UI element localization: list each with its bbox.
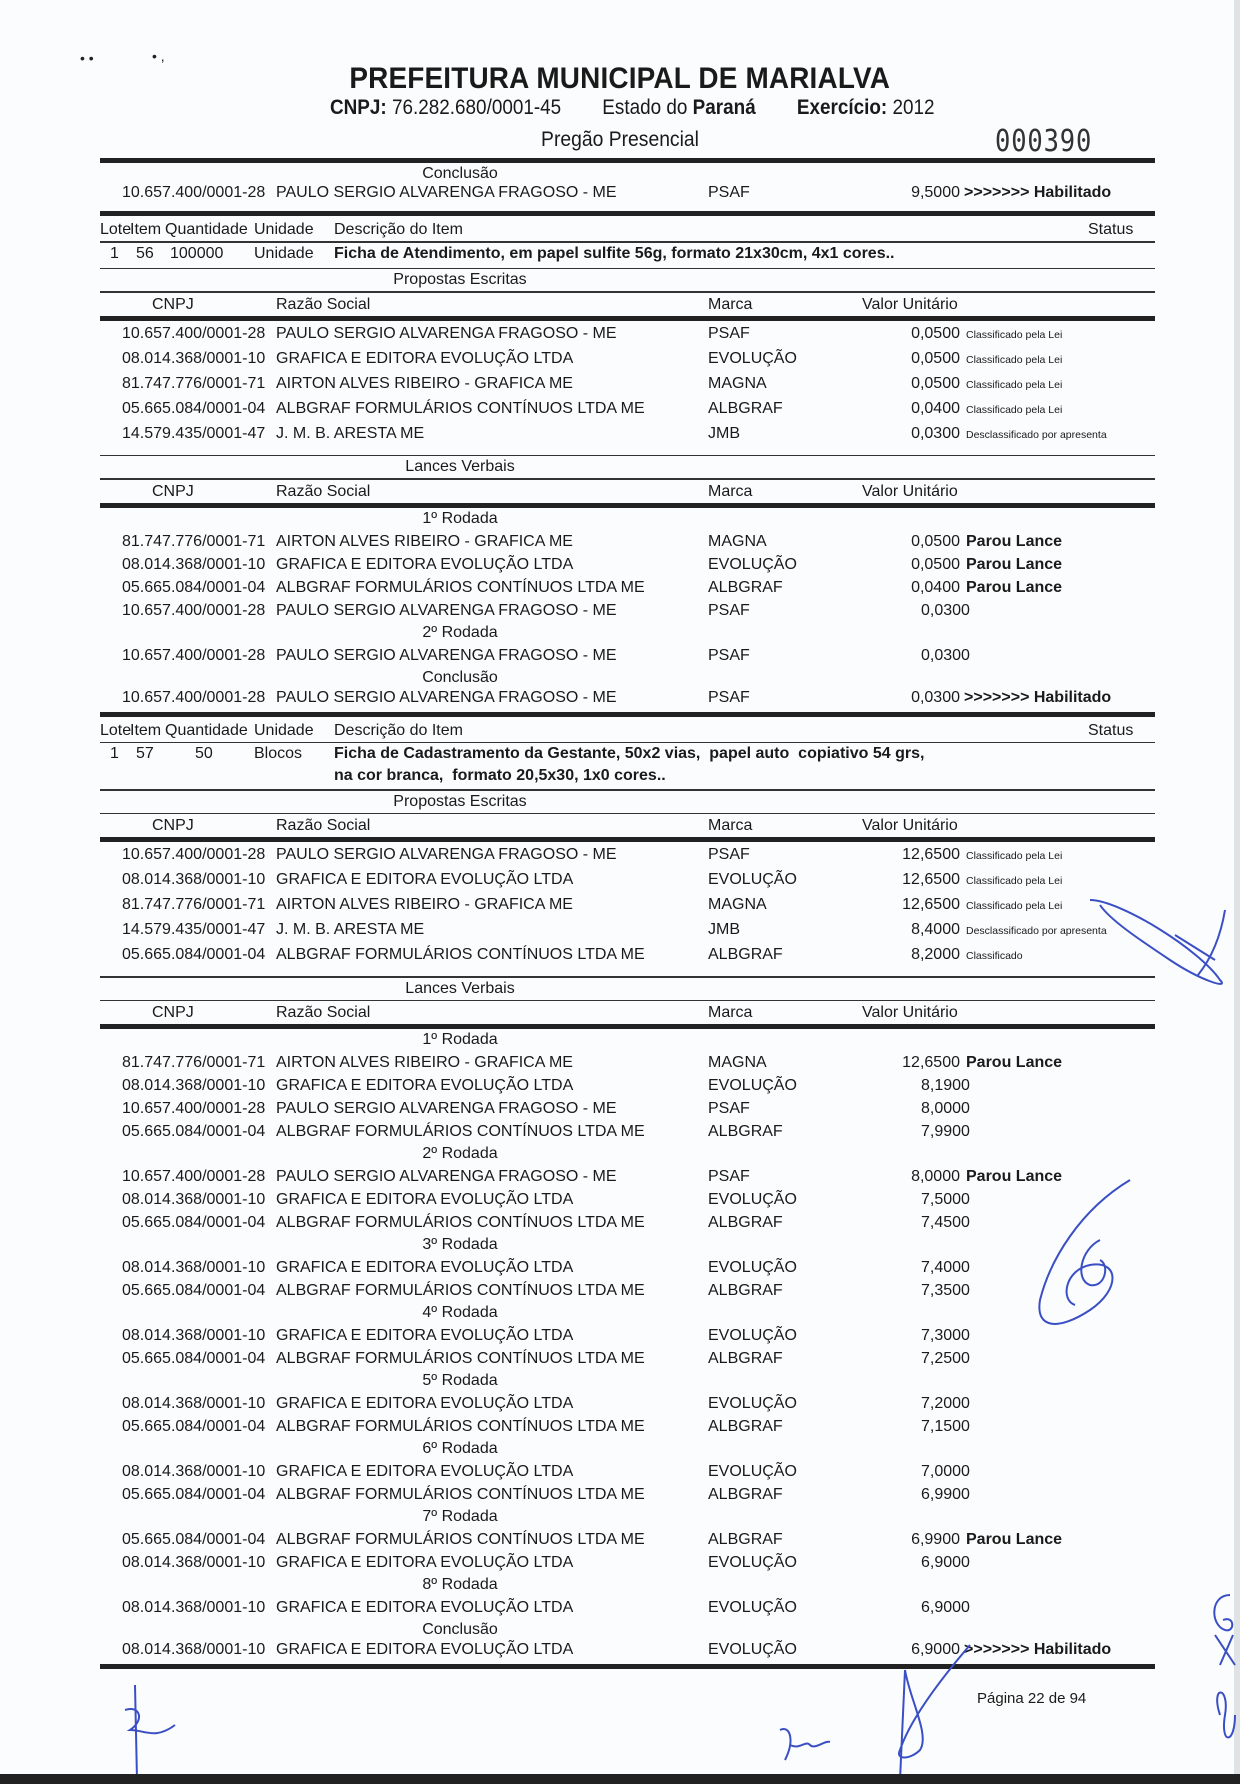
cnpj-cell: 81.747.776/0001-71: [122, 896, 265, 914]
razao-social-cell: GRAFICA E EDITORA EVOLUÇÃO LTDA: [276, 1327, 573, 1345]
item-unidade: Unidade: [254, 245, 314, 263]
lance-row: 05.665.084/0001-04ALBGRAF FORMULÁRIOS CO…: [100, 1120, 1155, 1143]
razao-social-cell: PAULO SERGIO ALVARENGA FRAGOSO - ME: [276, 184, 617, 202]
razao-social-cell: ALBGRAF FORMULÁRIOS CONTÍNUOS LTDA ME: [276, 1486, 645, 1504]
proposta-row: 08.014.368/0001-10GRAFICA E EDITORA EVOL…: [100, 347, 1155, 372]
marca-cell: ALBGRAF: [708, 1350, 783, 1368]
cnpj-label: CNPJ:: [330, 96, 387, 119]
lance-row: 05.665.084/0001-04ALBGRAF FORMULÁRIOS CO…: [100, 1347, 1155, 1370]
propostas-escritas-heading-label: Propostas Escritas: [100, 793, 820, 811]
cnpj-cell: 10.657.400/0001-28: [122, 1168, 265, 1186]
col-valor-header: Valor Unitário: [862, 483, 958, 501]
col-valor-header: Valor Unitário: [862, 1004, 958, 1022]
item-col-descricao: Descrição do Item: [334, 221, 463, 239]
razao-social-cell: ALBGRAF FORMULÁRIOS CONTÍNUOS LTDA ME: [276, 1531, 645, 1549]
col-marca-header: Marca: [708, 483, 752, 501]
document-body: Conclusão10.657.400/0001-28PAULO SERGIO …: [100, 158, 1155, 1671]
item-description: Ficha de Atendimento, em papel sulfite 5…: [334, 243, 894, 265]
cnpj-cell: 81.747.776/0001-71: [122, 533, 265, 551]
exercicio-label: Exercício:: [797, 96, 887, 119]
marca-cell: EVOLUÇÃO: [708, 1259, 797, 1277]
valor-cell: 8,0000: [860, 1168, 960, 1186]
rodada-heading: 1º Rodada: [100, 1029, 1155, 1051]
lance-row: 10.657.400/0001-28PAULO SERGIO ALVARENGA…: [100, 599, 1155, 622]
rodada-heading: 5º Rodada: [100, 1370, 1155, 1392]
rodada-heading: 7º Rodada: [100, 1506, 1155, 1528]
proposta-row: 08.014.368/0001-10GRAFICA E EDITORA EVOL…: [100, 868, 1155, 893]
valor-cell: 0,0400: [860, 579, 960, 597]
razao-social-cell: ALBGRAF FORMULÁRIOS CONTÍNUOS LTDA ME: [276, 400, 645, 418]
status-cell: Classificado pela Lei: [966, 850, 1062, 862]
marca-cell: EVOLUÇÃO: [708, 1327, 797, 1345]
marca-cell: PSAF: [708, 602, 750, 620]
thick-divider: [100, 837, 1155, 842]
lance-row: 08.014.368/0001-10GRAFICA E EDITORA EVOL…: [100, 1392, 1155, 1415]
lance-row: 81.747.776/0001-71AIRTON ALVES RIBEIRO -…: [100, 1051, 1155, 1074]
razao-social-cell: GRAFICA E EDITORA EVOLUÇÃO LTDA: [276, 1191, 573, 1209]
marca-cell: MAGNA: [708, 896, 767, 914]
razao-social-cell: PAULO SERGIO ALVARENGA FRAGOSO - ME: [276, 325, 617, 343]
lance-row: 08.014.368/0001-10GRAFICA E EDITORA EVOL…: [100, 553, 1155, 576]
lance-row: 05.665.084/0001-04ALBGRAF FORMULÁRIOS CO…: [100, 1483, 1155, 1506]
status-cell: Classificado pela Lei: [966, 900, 1062, 912]
col-razao-header: Razão Social: [276, 483, 370, 501]
item-col-status: Status: [1088, 722, 1133, 740]
proposta-row: 14.579.435/0001-47J. M. B. ARESTA MEJMB8…: [100, 918, 1155, 943]
lances-verbais-heading-label: Lances Verbais: [100, 980, 820, 998]
rodada-heading-label: 2º Rodada: [100, 1145, 820, 1163]
razao-social-cell: AIRTON ALVES RIBEIRO - GRAFICA ME: [276, 533, 573, 551]
marca-cell: EVOLUÇÃO: [708, 1463, 797, 1481]
valor-cell: 7,1500: [921, 1418, 970, 1436]
item-col-quantidade: Quantidade: [165, 221, 248, 239]
item-quantidade: 50: [195, 745, 213, 763]
razao-social-cell: ALBGRAF FORMULÁRIOS CONTÍNUOS LTDA ME: [276, 1350, 645, 1368]
razao-social-cell: J. M. B. ARESTA ME: [276, 425, 424, 443]
razao-social-cell: PAULO SERGIO ALVARENGA FRAGOSO - ME: [276, 846, 617, 864]
proposta-row: 81.747.776/0001-71AIRTON ALVES RIBEIRO -…: [100, 372, 1155, 397]
razao-social-cell: ALBGRAF FORMULÁRIOS CONTÍNUOS LTDA ME: [276, 1418, 645, 1436]
status-cell: Parou Lance: [966, 533, 1062, 551]
cnpj-cell: 08.014.368/0001-10: [122, 350, 265, 368]
valor-cell: 6,9900: [921, 1486, 970, 1504]
marca-cell: EVOLUÇÃO: [708, 1599, 797, 1617]
marca-cell: MAGNA: [708, 375, 767, 393]
cnpj-cell: 14.579.435/0001-47: [122, 921, 265, 939]
lance-row: 08.014.368/0001-10GRAFICA E EDITORA EVOL…: [100, 1256, 1155, 1279]
propostas-escritas-heading-label: Propostas Escritas: [100, 271, 820, 289]
item-quantidade: 100000: [170, 245, 223, 263]
status-cell: >>>>>>> Habilitado: [964, 689, 1111, 707]
rodada-heading-label: 4º Rodada: [100, 1304, 820, 1322]
valor-cell: 0,0500: [860, 350, 960, 368]
valor-cell: 0,0300: [860, 425, 960, 443]
item-col-item: Item: [130, 722, 161, 740]
razao-social-cell: AIRTON ALVES RIBEIRO - GRAFICA ME: [276, 896, 573, 914]
cnpj-cell: 81.747.776/0001-71: [122, 1054, 265, 1072]
marca-cell: PSAF: [708, 647, 750, 665]
status-cell: Classificado pela Lei: [966, 379, 1062, 391]
status-cell: >>>>>>> Habilitado: [964, 184, 1111, 202]
item-column-header: LoteItemQuantidadeUnidadeDescrição do It…: [100, 218, 1155, 241]
item-column-header: LoteItemQuantidadeUnidadeDescrição do It…: [100, 719, 1155, 742]
razao-social-cell: AIRTON ALVES RIBEIRO - GRAFICA ME: [276, 375, 573, 393]
cnpj-cell: 10.657.400/0001-28: [122, 184, 265, 202]
col-marca-header: Marca: [708, 296, 752, 314]
rodada-heading-label: 8º Rodada: [100, 1576, 820, 1594]
status-cell: Parou Lance: [966, 1054, 1062, 1072]
razao-social-cell: PAULO SERGIO ALVARENGA FRAGOSO - ME: [276, 689, 617, 707]
col-cnpj-header: CNPJ: [152, 817, 194, 835]
valor-cell: 9,5000: [860, 184, 960, 202]
lance-row: 08.014.368/0001-10GRAFICA E EDITORA EVOL…: [100, 1188, 1155, 1211]
status-cell: Classificado pela Lei: [966, 354, 1062, 366]
marca-cell: PSAF: [708, 1168, 750, 1186]
conclusao-heading: Conclusão: [100, 1619, 1155, 1638]
razao-social-cell: GRAFICA E EDITORA EVOLUÇÃO LTDA: [276, 350, 573, 368]
valor-cell: 0,0500: [860, 375, 960, 393]
cnpj-cell: 05.665.084/0001-04: [122, 1531, 265, 1549]
razao-social-cell: GRAFICA E EDITORA EVOLUÇÃO LTDA: [276, 1554, 573, 1572]
rodada-heading-label: 5º Rodada: [100, 1372, 820, 1390]
lance-row: 08.014.368/0001-10GRAFICA E EDITORA EVOL…: [100, 1460, 1155, 1483]
thick-divider: [100, 712, 1155, 717]
valor-cell: 8,0000: [921, 1100, 970, 1118]
valor-cell: 6,9000: [921, 1554, 970, 1572]
razao-social-cell: GRAFICA E EDITORA EVOLUÇÃO LTDA: [276, 1395, 573, 1413]
lances-verbais-heading: Lances Verbais: [100, 456, 1155, 478]
razao-social-cell: GRAFICA E EDITORA EVOLUÇÃO LTDA: [276, 1077, 573, 1095]
item-col-item: Item: [130, 221, 161, 239]
item-unidade: Blocos: [254, 745, 302, 763]
valor-cell: 6,9900: [860, 1531, 960, 1549]
item-item: 57: [136, 745, 154, 763]
rodada-heading-label: 1º Rodada: [100, 1031, 820, 1049]
valor-cell: 0,0500: [860, 556, 960, 574]
header-subline: CNPJ: 76.282.680/0001-45 Estado do Paran…: [330, 96, 935, 120]
status-cell: Parou Lance: [966, 556, 1062, 574]
valor-cell: 12,6500: [860, 896, 960, 914]
cnpj-cell: 05.665.084/0001-04: [122, 1282, 265, 1300]
item-description: Ficha de Cadastramento da Gestante, 50x2…: [334, 743, 924, 787]
razao-social-cell: GRAFICA E EDITORA EVOLUÇÃO LTDA: [276, 871, 573, 889]
razao-social-cell: ALBGRAF FORMULÁRIOS CONTÍNUOS LTDA ME: [276, 1282, 645, 1300]
status-cell: >>>>>>> Habilitado: [964, 1641, 1111, 1659]
col-marca-header: Marca: [708, 1004, 752, 1022]
status-cell: Parou Lance: [966, 1168, 1062, 1186]
valor-cell: 7,2000: [921, 1395, 970, 1413]
valor-cell: 7,4500: [921, 1214, 970, 1232]
razao-social-cell: PAULO SERGIO ALVARENGA FRAGOSO - ME: [276, 1168, 617, 1186]
marca-cell: ALBGRAF: [708, 579, 783, 597]
conclusao-heading-label: Conclusão: [100, 1621, 820, 1639]
valor-cell: 7,2500: [921, 1350, 970, 1368]
lance-row: 08.014.368/0001-10GRAFICA E EDITORA EVOL…: [100, 1551, 1155, 1574]
item-description-line-1: Ficha de Atendimento, em papel sulfite 5…: [334, 243, 894, 265]
col-valor-header: Valor Unitário: [862, 296, 958, 314]
lance-row: 05.665.084/0001-04ALBGRAF FORMULÁRIOS CO…: [100, 576, 1155, 599]
razao-social-cell: GRAFICA E EDITORA EVOLUÇÃO LTDA: [276, 556, 573, 574]
cnpj-cell: 05.665.084/0001-04: [122, 579, 265, 597]
exercicio-value: 2012: [892, 96, 934, 119]
valor-cell: 8,1900: [921, 1077, 970, 1095]
razao-social-cell: GRAFICA E EDITORA EVOLUÇÃO LTDA: [276, 1463, 573, 1481]
cnpj-cell: 10.657.400/0001-28: [122, 647, 265, 665]
razao-social-cell: ALBGRAF FORMULÁRIOS CONTÍNUOS LTDA ME: [276, 946, 645, 964]
item-col-unidade: Unidade: [254, 722, 314, 740]
razao-social-cell: GRAFICA E EDITORA EVOLUÇÃO LTDA: [276, 1641, 573, 1659]
valor-cell: 6,9000: [921, 1599, 970, 1617]
marca-cell: JMB: [708, 921, 740, 939]
propostas-escritas-heading: Propostas Escritas: [100, 269, 1155, 291]
razao-social-cell: ALBGRAF FORMULÁRIOS CONTÍNUOS LTDA ME: [276, 1214, 645, 1232]
item-row: 15750BlocosFicha de Cadastramento da Ges…: [100, 743, 1155, 787]
razao-social-cell: ALBGRAF FORMULÁRIOS CONTÍNUOS LTDA ME: [276, 579, 645, 597]
lance-row: 05.665.084/0001-04ALBGRAF FORMULÁRIOS CO…: [100, 1528, 1155, 1551]
valor-cell: 12,6500: [860, 871, 960, 889]
marca-cell: MAGNA: [708, 1054, 767, 1072]
marca-cell: PSAF: [708, 689, 750, 707]
valor-cell: 0,0500: [860, 325, 960, 343]
col-valor-header: Valor Unitário: [862, 817, 958, 835]
column-header-row: CNPJRazão SocialMarcaValor Unitário: [100, 293, 1155, 316]
cnpj-cell: 05.665.084/0001-04: [122, 400, 265, 418]
lance-row: 05.665.084/0001-04ALBGRAF FORMULÁRIOS CO…: [100, 1211, 1155, 1234]
item-description-line-2: na cor branca, formato 20,5x30, 1x0 core…: [334, 765, 924, 787]
cnpj-cell: 10.657.400/0001-28: [122, 602, 265, 620]
marca-cell: PSAF: [708, 184, 750, 202]
valor-cell: 0,0300: [860, 689, 960, 707]
item-item: 56: [136, 245, 154, 263]
conclusao-row: 08.014.368/0001-10GRAFICA E EDITORA EVOL…: [100, 1638, 1155, 1662]
status-cell: Classificado pela Lei: [966, 329, 1062, 341]
razao-social-cell: PAULO SERGIO ALVARENGA FRAGOSO - ME: [276, 602, 617, 620]
marca-cell: ALBGRAF: [708, 1418, 783, 1436]
col-cnpj-header: CNPJ: [152, 1004, 194, 1022]
col-razao-header: Razão Social: [276, 817, 370, 835]
status-cell: Classificado: [966, 950, 1023, 962]
marca-cell: ALBGRAF: [708, 1531, 783, 1549]
valor-cell: 7,5000: [921, 1191, 970, 1209]
column-header-row: CNPJRazão SocialMarcaValor Unitário: [100, 814, 1155, 837]
cnpj-cell: 10.657.400/0001-28: [122, 846, 265, 864]
lance-row: 08.014.368/0001-10GRAFICA E EDITORA EVOL…: [100, 1324, 1155, 1347]
cnpj-cell: 14.579.435/0001-47: [122, 425, 265, 443]
cnpj-cell: 05.665.084/0001-04: [122, 1123, 265, 1141]
status-cell: Desclassificado por apresenta: [966, 925, 1107, 937]
page-stamp-number: 000390: [995, 124, 1092, 159]
valor-cell: 12,6500: [860, 846, 960, 864]
conclusao-row: 10.657.400/0001-28PAULO SERGIO ALVARENGA…: [100, 181, 1155, 207]
item-row: 156100000UnidadeFicha de Atendimento, em…: [100, 243, 1155, 266]
razao-social-cell: J. M. B. ARESTA ME: [276, 921, 424, 939]
cnpj-cell: 05.665.084/0001-04: [122, 1418, 265, 1436]
marca-cell: JMB: [708, 425, 740, 443]
lance-row: 10.657.400/0001-28PAULO SERGIO ALVARENGA…: [100, 1097, 1155, 1120]
column-header-row: CNPJRazão SocialMarcaValor Unitário: [100, 1001, 1155, 1024]
marca-cell: ALBGRAF: [708, 400, 783, 418]
valor-cell: 0,0300: [921, 647, 970, 665]
col-razao-header: Razão Social: [276, 1004, 370, 1022]
cnpj-cell: 10.657.400/0001-28: [122, 689, 265, 707]
status-cell: Classificado pela Lei: [966, 875, 1062, 887]
marca-cell: PSAF: [708, 325, 750, 343]
lance-row: 81.747.776/0001-71AIRTON ALVES RIBEIRO -…: [100, 530, 1155, 553]
signature-mark-bottom-left: [115, 1680, 185, 1780]
lance-row: 08.014.368/0001-10GRAFICA E EDITORA EVOL…: [100, 1074, 1155, 1097]
cnpj-cell: 08.014.368/0001-10: [122, 556, 265, 574]
cnpj-cell: 10.657.400/0001-28: [122, 325, 265, 343]
cnpj-cell: 08.014.368/0001-10: [122, 1327, 265, 1345]
status-cell: Parou Lance: [966, 579, 1062, 597]
cnpj-cell: 81.747.776/0001-71: [122, 375, 265, 393]
column-header-row: CNPJRazão SocialMarcaValor Unitário: [100, 480, 1155, 503]
valor-cell: 7,0000: [921, 1463, 970, 1481]
cnpj-cell: 08.014.368/0001-10: [122, 1395, 265, 1413]
lances-verbais-heading: Lances Verbais: [100, 978, 1155, 1000]
valor-cell: 6,9000: [860, 1641, 960, 1659]
thick-divider: [100, 211, 1155, 216]
cnpj-cell: 08.014.368/0001-10: [122, 1463, 265, 1481]
conclusao-heading-label: Conclusão: [100, 669, 820, 687]
cnpj-value: 76.282.680/0001-45: [392, 96, 561, 119]
valor-cell: 0,0400: [860, 400, 960, 418]
proposta-row: 10.657.400/0001-28PAULO SERGIO ALVARENGA…: [100, 843, 1155, 868]
estado-value: Paraná: [693, 96, 756, 119]
rodada-heading-label: 3º Rodada: [100, 1236, 820, 1254]
cnpj-cell: 08.014.368/0001-10: [122, 1077, 265, 1095]
cnpj-cell: 08.014.368/0001-10: [122, 1599, 265, 1617]
page-title: PREFEITURA MUNICIPAL DE MARIALVA: [350, 62, 891, 96]
lance-row: 08.014.368/0001-10GRAFICA E EDITORA EVOL…: [100, 1596, 1155, 1619]
marca-cell: MAGNA: [708, 533, 767, 551]
conclusao-heading: Conclusão: [100, 163, 1155, 181]
proposta-row: 81.747.776/0001-71AIRTON ALVES RIBEIRO -…: [100, 893, 1155, 918]
col-cnpj-header: CNPJ: [152, 296, 194, 314]
marca-cell: ALBGRAF: [708, 1486, 783, 1504]
valor-cell: 8,4000: [860, 921, 960, 939]
cnpj-cell: 05.665.084/0001-04: [122, 1486, 265, 1504]
col-cnpj-header: CNPJ: [152, 483, 194, 501]
col-razao-header: Razão Social: [276, 296, 370, 314]
rodada-heading-label: 6º Rodada: [100, 1440, 820, 1458]
initials-mark-bottom: [770, 1720, 840, 1770]
rodada-heading-label: 1º Rodada: [100, 510, 820, 528]
valor-cell: 7,4000: [921, 1259, 970, 1277]
razao-social-cell: AIRTON ALVES RIBEIRO - GRAFICA ME: [276, 1054, 573, 1072]
lance-row: 05.665.084/0001-04ALBGRAF FORMULÁRIOS CO…: [100, 1279, 1155, 1302]
lance-row: 05.665.084/0001-04ALBGRAF FORMULÁRIOS CO…: [100, 1415, 1155, 1438]
marca-cell: EVOLUÇÃO: [708, 1554, 797, 1572]
item-col-unidade: Unidade: [254, 221, 314, 239]
valor-cell: 0,0300: [921, 602, 970, 620]
lances-verbais-heading-label: Lances Verbais: [100, 458, 820, 476]
rodada-heading-label: 2º Rodada: [100, 624, 820, 642]
item-col-quantidade: Quantidade: [165, 722, 248, 740]
rodada-heading-label: 7º Rodada: [100, 1508, 820, 1526]
razao-social-cell: GRAFICA E EDITORA EVOLUÇÃO LTDA: [276, 1259, 573, 1277]
rodada-heading: 2º Rodada: [100, 1143, 1155, 1165]
lance-row: 10.657.400/0001-28PAULO SERGIO ALVARENGA…: [100, 1165, 1155, 1188]
thick-divider: [100, 316, 1155, 321]
conclusao-heading: Conclusão: [100, 667, 1155, 686]
marca-cell: ALBGRAF: [708, 946, 783, 964]
rodada-heading: 4º Rodada: [100, 1302, 1155, 1324]
marca-cell: EVOLUÇÃO: [708, 350, 797, 368]
cnpj-cell: 05.665.084/0001-04: [122, 1350, 265, 1368]
status-cell: Desclassificado por apresenta: [966, 429, 1107, 441]
marca-cell: ALBGRAF: [708, 1282, 783, 1300]
rodada-heading: 8º Rodada: [100, 1574, 1155, 1596]
marca-cell: EVOLUÇÃO: [708, 1641, 797, 1659]
valor-cell: 12,6500: [860, 1054, 960, 1072]
marca-cell: ALBGRAF: [708, 1123, 783, 1141]
cnpj-cell: 10.657.400/0001-28: [122, 1100, 265, 1118]
marca-cell: EVOLUÇÃO: [708, 1191, 797, 1209]
marca-cell: PSAF: [708, 846, 750, 864]
proposta-row: 05.665.084/0001-04ALBGRAF FORMULÁRIOS CO…: [100, 943, 1155, 968]
rodada-heading: 6º Rodada: [100, 1438, 1155, 1460]
item-lote: 1: [110, 245, 119, 263]
valor-cell: 8,2000: [860, 946, 960, 964]
razao-social-cell: PAULO SERGIO ALVARENGA FRAGOSO - ME: [276, 1100, 617, 1118]
proposta-row: 10.657.400/0001-28PAULO SERGIO ALVARENGA…: [100, 322, 1155, 347]
cnpj-cell: 05.665.084/0001-04: [122, 946, 265, 964]
cnpj-cell: 08.014.368/0001-10: [122, 1259, 265, 1277]
marca-cell: ALBGRAF: [708, 1214, 783, 1232]
conclusao-row: 10.657.400/0001-28PAULO SERGIO ALVARENGA…: [100, 686, 1155, 710]
rodada-heading: 1º Rodada: [100, 508, 1155, 530]
item-description-line-1: Ficha de Cadastramento da Gestante, 50x2…: [334, 743, 924, 765]
marca-cell: EVOLUÇÃO: [708, 871, 797, 889]
item-lote: 1: [110, 745, 119, 763]
rodada-heading: 2º Rodada: [100, 622, 1155, 644]
razao-social-cell: ALBGRAF FORMULÁRIOS CONTÍNUOS LTDA ME: [276, 1123, 645, 1141]
status-cell: Classificado pela Lei: [966, 404, 1062, 416]
item-col-lote: Lote: [100, 722, 131, 740]
razao-social-cell: PAULO SERGIO ALVARENGA FRAGOSO - ME: [276, 647, 617, 665]
page-number: Página 22 de 94: [977, 1690, 1086, 1707]
valor-cell: 7,9900: [921, 1123, 970, 1141]
cnpj-cell: 08.014.368/0001-10: [122, 1191, 265, 1209]
scan-edge: [1234, 0, 1240, 1784]
estado-prefix: Estado do: [602, 96, 687, 119]
lance-row: 10.657.400/0001-28PAULO SERGIO ALVARENGA…: [100, 644, 1155, 667]
marca-cell: EVOLUÇÃO: [708, 556, 797, 574]
marca-cell: EVOLUÇÃO: [708, 1395, 797, 1413]
valor-cell: 0,0500: [860, 533, 960, 551]
razao-social-cell: GRAFICA E EDITORA EVOLUÇÃO LTDA: [276, 1599, 573, 1617]
status-cell: Parou Lance: [966, 1531, 1062, 1549]
proposta-row: 05.665.084/0001-04ALBGRAF FORMULÁRIOS CO…: [100, 397, 1155, 422]
item-col-status: Status: [1088, 221, 1133, 239]
document-header: PREFEITURA MUNICIPAL DE MARIALVA: [0, 62, 1240, 96]
col-marca-header: Marca: [708, 817, 752, 835]
valor-cell: 7,3500: [921, 1282, 970, 1300]
rodada-heading: 3º Rodada: [100, 1234, 1155, 1256]
cnpj-cell: 05.665.084/0001-04: [122, 1214, 265, 1232]
marca-cell: PSAF: [708, 1100, 750, 1118]
item-col-descricao: Descrição do Item: [334, 722, 463, 740]
cnpj-cell: 08.014.368/0001-10: [122, 1554, 265, 1572]
propostas-escritas-heading: Propostas Escritas: [100, 791, 1155, 813]
scan-edge-bottom: [0, 1774, 1240, 1784]
valor-cell: 7,3000: [921, 1327, 970, 1345]
cnpj-cell: 08.014.368/0001-10: [122, 1641, 265, 1659]
cnpj-cell: 08.014.368/0001-10: [122, 871, 265, 889]
marca-cell: EVOLUÇÃO: [708, 1077, 797, 1095]
proposta-row: 14.579.435/0001-47J. M. B. ARESTA MEJMB0…: [100, 422, 1155, 447]
